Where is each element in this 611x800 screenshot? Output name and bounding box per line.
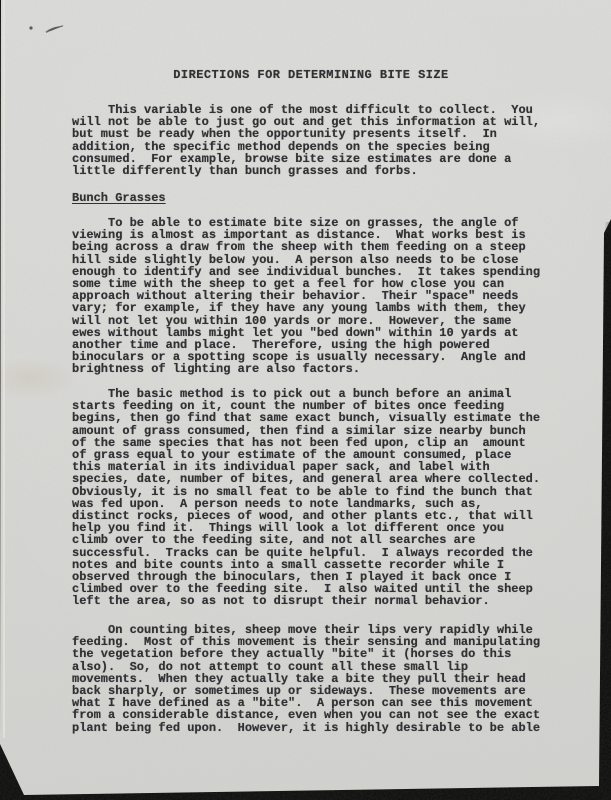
paper-right-edge-shadow bbox=[600, 222, 610, 784]
paragraph-bunch-grasses-1: To be able to estimate bite size on gras… bbox=[72, 217, 540, 376]
paragraph-bunch-grasses-2: The basic method is to pick out a bunch … bbox=[72, 388, 540, 608]
paper-left-edge bbox=[3, 0, 5, 738]
section-heading-bunch-grasses: Bunch Grasses bbox=[72, 192, 166, 204]
scanned-page: DIRECTIONS FOR DETERMINING BITE SIZE Thi… bbox=[0, 0, 611, 800]
paper-sheet: DIRECTIONS FOR DETERMINING BITE SIZE Thi… bbox=[0, 0, 611, 800]
paragraph-intro: This variable is one of the most difficu… bbox=[72, 104, 540, 177]
paragraph-bunch-grasses-3: On counting bites, sheep move their lips… bbox=[72, 624, 540, 734]
page-title: DIRECTIONS FOR DETERMINING BITE SIZE bbox=[72, 69, 550, 81]
